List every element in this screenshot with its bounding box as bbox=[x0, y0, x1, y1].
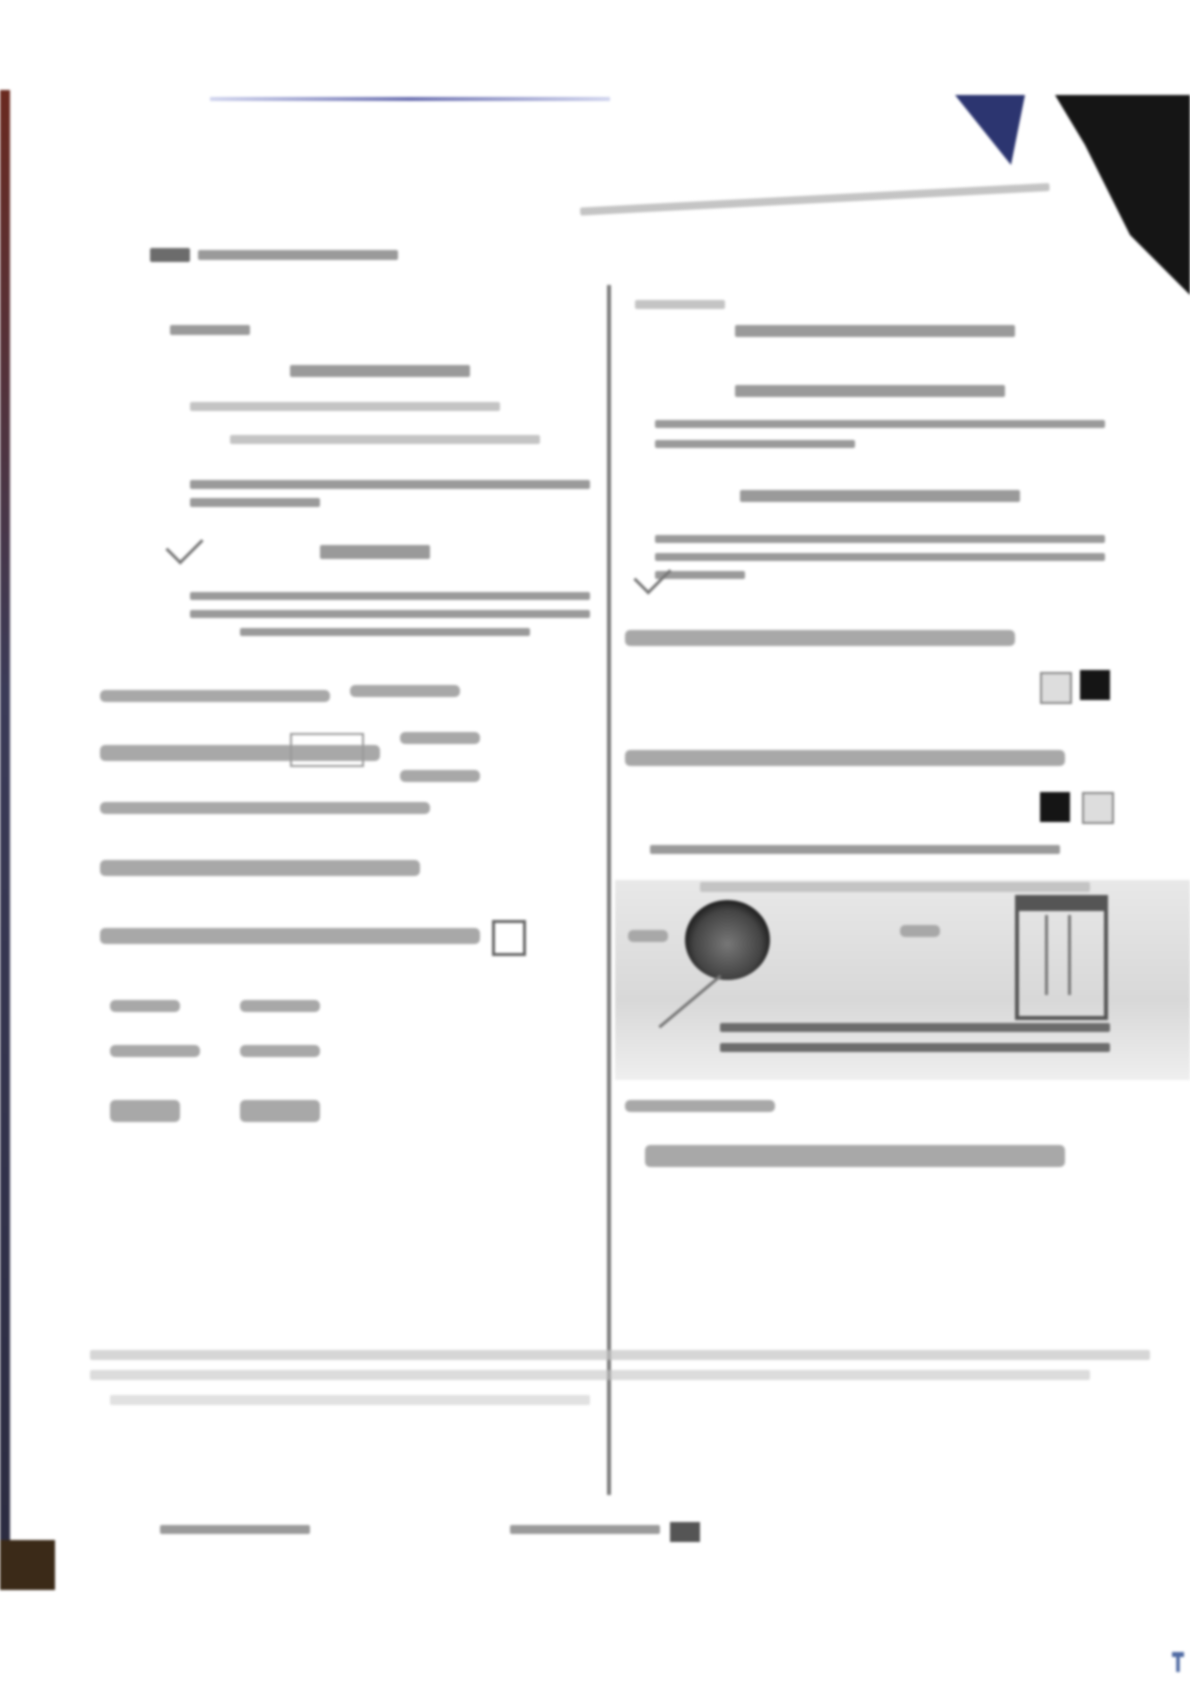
handwritten-working-right bbox=[625, 620, 1105, 820]
photo-edge bbox=[0, 90, 10, 1590]
figure-caption bbox=[720, 1043, 1110, 1052]
centered-formula bbox=[320, 545, 430, 559]
box-figure-inner bbox=[1045, 915, 1071, 995]
corner-logo-icon bbox=[1172, 1652, 1184, 1672]
answer-box bbox=[1082, 792, 1114, 824]
faint-bottom-text bbox=[90, 1340, 1150, 1420]
left-question-block bbox=[160, 320, 600, 650]
figure-caption bbox=[720, 1023, 1110, 1032]
answer-box-filled bbox=[1040, 792, 1070, 822]
footer-center bbox=[510, 1525, 660, 1534]
page-number bbox=[670, 1522, 700, 1542]
photo-background-corner bbox=[1040, 95, 1190, 295]
column-divider bbox=[607, 285, 611, 1495]
answer-box-filled bbox=[1080, 670, 1110, 700]
scanned-exam-page: { "document": { "type": "photographed ex… bbox=[0, 0, 1190, 1684]
figure-caption-line bbox=[650, 845, 1060, 854]
figure-text-line bbox=[700, 882, 1090, 892]
page-header-right bbox=[580, 182, 1060, 221]
figure-label bbox=[900, 925, 940, 937]
centered-formula bbox=[740, 490, 1020, 502]
footer-left bbox=[160, 1525, 310, 1534]
right-question-block bbox=[635, 295, 1115, 595]
sphere-figure bbox=[685, 900, 770, 980]
page-header-left bbox=[150, 248, 410, 264]
answer-box bbox=[492, 920, 526, 956]
figure-label bbox=[628, 930, 668, 942]
page-top-rule bbox=[210, 97, 610, 101]
answer-box bbox=[1040, 672, 1072, 704]
folded-page-corner bbox=[955, 95, 1025, 165]
handwritten-working-right-lower bbox=[625, 1090, 1105, 1190]
photo-edge bbox=[0, 1540, 55, 1590]
